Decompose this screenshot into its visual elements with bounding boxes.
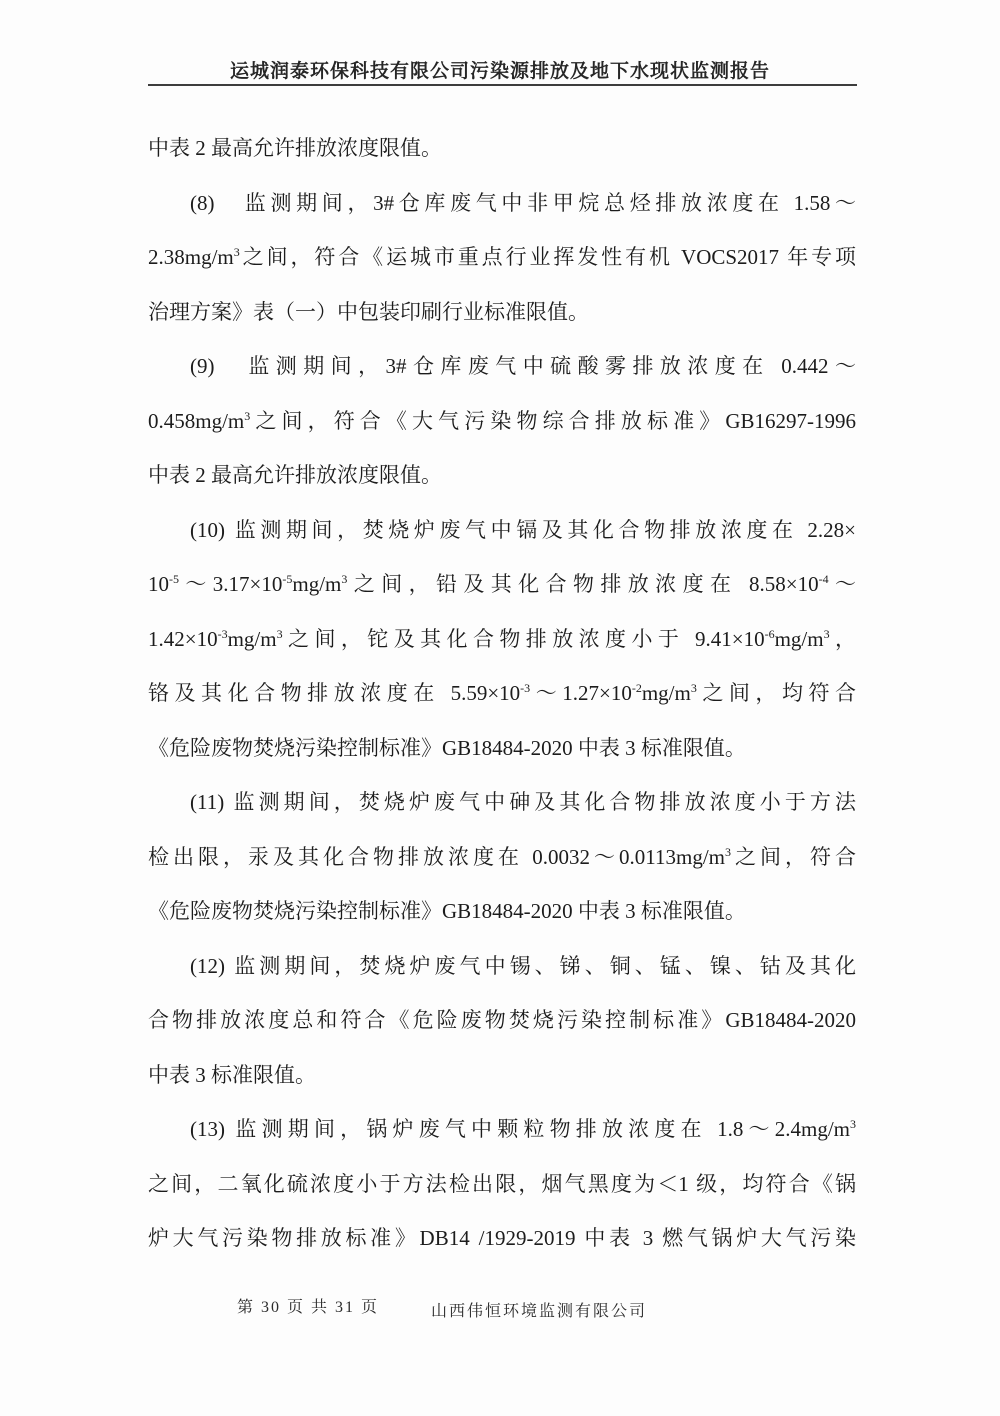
body-text: 中表 2 最高允许排放浓度限值。 [148,463,442,487]
body-text: 之间，符合 [731,845,856,869]
body-text: 中表 3 标准限值。 [148,1063,316,1087]
body-text: 炉大气污染物排放标准》DB14 /1929-2019 中表 3 燃气锅炉大气污染 [148,1226,856,1250]
body-line: 炉大气污染物排放标准》DB14 /1929-2019 中表 3 燃气锅炉大气污染 [148,1211,856,1266]
body-text: mg/m [642,681,691,705]
body-text: mg/m [775,627,824,651]
body-line: (8) 监测期间，3#仓库废气中非甲烷总烃排放浓度在 1.58～ [148,176,856,231]
body-line: (11) 监测期间，焚烧炉废气中砷及其化合物排放浓度小于方法 [148,775,856,830]
body-text: 之间，铊及其化合物排放浓度小于 9.41×10 [283,627,765,651]
body-text: mg/m [292,572,341,596]
body-text: ～3.17×10 [179,572,282,596]
superscript-text: -6 [765,627,775,641]
superscript-text: -2 [632,681,642,695]
body-text: ～ [829,572,856,596]
body-line: 10-5～3.17×10-5mg/m3之间，铅及其化合物排放浓度在 8.58×1… [148,557,856,612]
body-text: 之间，符合《运城市重点行业挥发性有机 VOCS2017 年专项 [240,245,856,269]
body-text: 之间，二氧化硫浓度小于方法检出限，烟气黑度为＜1 级，均符合《锅 [148,1172,856,1196]
page-number: 第 30 页 共 31 页 [237,1294,379,1317]
body-text: (8) 监测期间，3#仓库废气中非甲烷总烃排放浓度在 1.58～ [190,191,856,215]
body-text: 合物排放浓度总和符合《危险废物焚烧污染控制标准》GB18484-2020 [148,1008,856,1032]
superscript-text: -4 [819,572,829,586]
superscript-text: -3 [520,681,530,695]
body-text: 铬及其化合物排放浓度在 5.59×10 [148,681,520,705]
document-page: 运城润泰环保科技有限公司污染源排放及地下水现状监测报告 中表 2 最高允许排放浓… [0,0,1000,1416]
body-line: 中表 2 最高允许排放浓度限值。 [148,448,856,503]
body-line: 治理方案》表（一）中包装印刷行业标准限值。 [148,285,856,340]
body-line: 1.42×10-3mg/m3之间，铊及其化合物排放浓度小于 9.41×10-6m… [148,612,856,667]
superscript-text: -3 [218,627,228,641]
body-line: 《危险废物焚烧污染控制标准》GB18484-2020 中表 3 标准限值。 [148,721,856,776]
page-footer: 第 30 页 共 31 页 山西伟恒环境监测有限公司 [237,1294,647,1321]
body-text: (12) 监测期间，焚烧炉废气中锡、锑、铜、锰、镍、钴及其化 [190,954,856,978]
body-line: 合物排放浓度总和符合《危险废物焚烧污染控制标准》GB18484-2020 [148,993,856,1048]
body-text: 治理方案》表（一）中包装印刷行业标准限值。 [148,300,589,324]
body-text: (11) 监测期间，焚烧炉废气中砷及其化合物排放浓度小于方法 [190,790,856,814]
body-text: ， [830,627,856,651]
body-text: (9) 监测期间，3#仓库废气中硫酸雾排放浓度在 0.442～ [190,354,856,378]
body-text: 《危险废物焚烧污染控制标准》GB18484-2020 中表 3 标准限值。 [148,736,746,760]
body-text: 之间，符合《大气污染物综合排放标准》GB16297-1996 [250,409,856,433]
footer-company: 山西伟恒环境监测有限公司 [431,1298,647,1321]
body-line: (10) 监测期间，焚烧炉废气中镉及其化合物排放浓度在 2.28× [148,503,856,558]
report-title: 运城润泰环保科技有限公司污染源排放及地下水现状监测报告 [0,56,1000,83]
superscript-text: 3 [850,1117,856,1131]
document-body: 中表 2 最高允许排放浓度限值。(8) 监测期间，3#仓库废气中非甲烷总烃排放浓… [148,121,856,1266]
body-line: 2.38mg/m3之间，符合《运城市重点行业挥发性有机 VOCS2017 年专项 [148,230,856,285]
body-line: (9) 监测期间，3#仓库废气中硫酸雾排放浓度在 0.442～ [148,339,856,394]
body-text: mg/m [228,627,277,651]
body-text: (13) 监测期间，锅炉废气中颗粒物排放浓度在 1.8～2.4mg/m [190,1117,850,1141]
body-text: 2.38mg/m [148,245,234,269]
body-text: 之间，铅及其化合物排放浓度在 8.58×10 [347,572,818,596]
body-text: 0.458mg/m [148,409,244,433]
body-line: 检出限，汞及其化合物排放浓度在 0.0032～0.0113mg/m3之间，符合 [148,830,856,885]
body-line: 中表 3 标准限值。 [148,1048,856,1103]
body-text: 1.42×10 [148,627,218,651]
body-text: 《危险废物焚烧污染控制标准》GB18484-2020 中表 3 标准限值。 [148,899,746,923]
body-text: 中表 2 最高允许排放浓度限值。 [148,136,442,160]
body-text: 之间，均符合 [697,681,856,705]
body-line: 中表 2 最高允许排放浓度限值。 [148,121,856,176]
superscript-text: -5 [169,572,179,586]
body-line: (12) 监测期间，焚烧炉废气中锡、锑、铜、锰、镍、钴及其化 [148,939,856,994]
body-line: 铬及其化合物排放浓度在 5.59×10-3～1.27×10-2mg/m3之间，均… [148,666,856,721]
body-text: ～1.27×10 [530,681,632,705]
body-text: 检出限，汞及其化合物排放浓度在 0.0032～0.0113mg/m [148,845,725,869]
body-line: 0.458mg/m3之间，符合《大气污染物综合排放标准》GB16297-1996 [148,394,856,449]
body-text: 10 [148,572,169,596]
body-line: (13) 监测期间，锅炉废气中颗粒物排放浓度在 1.8～2.4mg/m3 [148,1102,856,1157]
superscript-text: -5 [282,572,292,586]
body-line: 之间，二氧化硫浓度小于方法检出限，烟气黑度为＜1 级，均符合《锅 [148,1157,856,1212]
body-line: 《危险废物焚烧污染控制标准》GB18484-2020 中表 3 标准限值。 [148,884,856,939]
body-text: (10) 监测期间，焚烧炉废气中镉及其化合物排放浓度在 2.28× [190,518,856,542]
header-rule [148,84,857,86]
